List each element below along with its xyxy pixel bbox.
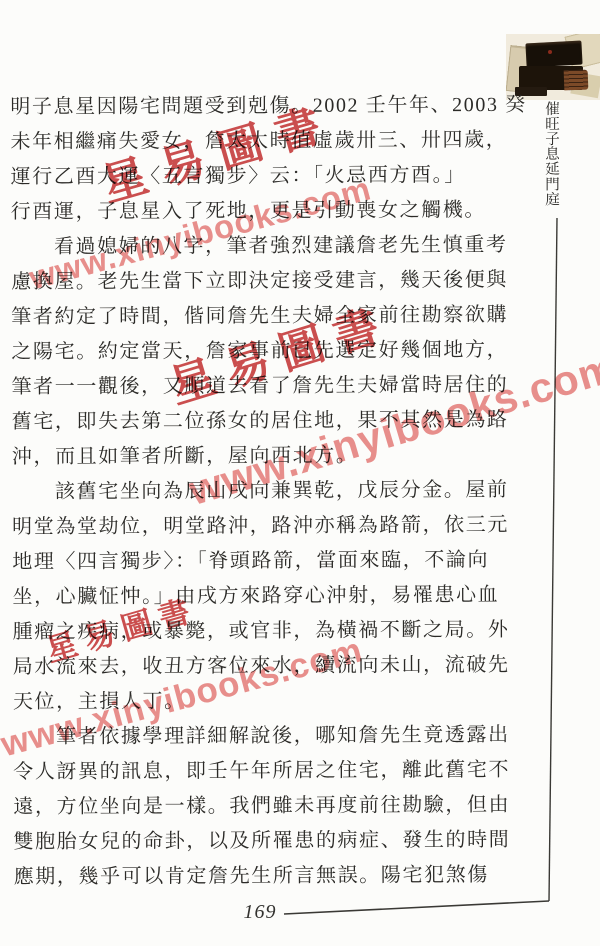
text-line: 令人訝異的訊息，即壬午年所居之住宅，離此舊宅不	[13, 753, 518, 790]
text-line: 雙胞胎女兒的命卦，以及所罹患的病症、發生的時間	[13, 823, 518, 860]
text-line: 筆者約定了時間，偕同詹先生夫婦全家前往勘察欲購	[11, 298, 516, 335]
text-line: 明堂為堂劫位，明堂路沖，路沖亦稱為路箭，依三元	[12, 508, 517, 545]
text-line: 明子息星因陽宅問題受到剋傷。2002 壬午年、2003 癸	[10, 88, 515, 125]
text-line: 地理〈四言獨步〉：「脊頭路箭，當面來臨，不論向	[12, 543, 517, 580]
text-line: 舊宅，即失去第二位孫女的居住地，果不其然是為路	[12, 403, 517, 440]
text-line: 運行乙酉大運〈五言獨步〉云：「火忌西方酉。」	[11, 158, 516, 195]
text-line: 行酉運，子息星入了死地，更是引動喪女之觸機。	[11, 193, 516, 230]
text-line: 坐，心臟怔忡。」由戌方來路穿心沖射，易罹患心血	[12, 578, 517, 615]
text-line: 天位，主損人丁。	[13, 683, 518, 720]
page-number: 169	[238, 901, 282, 924]
antique-books-photo	[506, 34, 600, 100]
text-line: 未年相繼痛失愛女，詹太太時值虛歲卅三、卅四歲，	[10, 123, 515, 160]
book-fore-edge	[564, 70, 589, 91]
text-line: 腫瘤之疾病，或暴斃，或官非，為橫禍不斷之局。外	[13, 613, 518, 650]
text-line: 筆者一一觀後，又順道去看了詹先生夫婦當時居住的	[11, 368, 516, 405]
scanned-book-page: 催旺子息延門庭 明子息星因陽宅問題受到剋傷。2002 壬午年、2003 癸未年相…	[0, 0, 600, 946]
text-line: 筆者依據學理詳細解說後，哪知詹先生竟透露出	[13, 718, 518, 755]
text-line: 應期，幾乎可以肯定詹先生所言無誤。陽宅犯煞傷	[14, 858, 519, 895]
text-line: 局水流來去，收丑方客位來水，續流向未山，流破先	[13, 648, 518, 685]
book-seal-dot	[548, 50, 552, 54]
chapter-title: 催旺子息延門庭	[541, 101, 562, 216]
text-line: 沖，而且如筆者所斷，屋向西北方。	[12, 438, 517, 475]
text-line: 慮換屋。老先生當下立即決定接受建言，幾天後便與	[11, 263, 516, 300]
text-line: 該舊宅坐向為辰山戌向兼巽乾，戊辰分金。屋前	[12, 473, 517, 510]
text-line: 之陽宅。約定當天，詹家事前已先選定好幾個地方，	[11, 333, 516, 370]
body-text: 明子息星因陽宅問題受到剋傷。2002 壬午年、2003 癸未年相繼痛失愛女，詹太…	[10, 88, 519, 895]
text-line: 看過媳婦的八字，筆者強烈建議詹老先生慎重考	[11, 228, 516, 265]
book-top	[525, 41, 582, 68]
text-line: 遠，方位坐向是一樣。我們雖未再度前往勘驗，但由	[13, 788, 518, 825]
